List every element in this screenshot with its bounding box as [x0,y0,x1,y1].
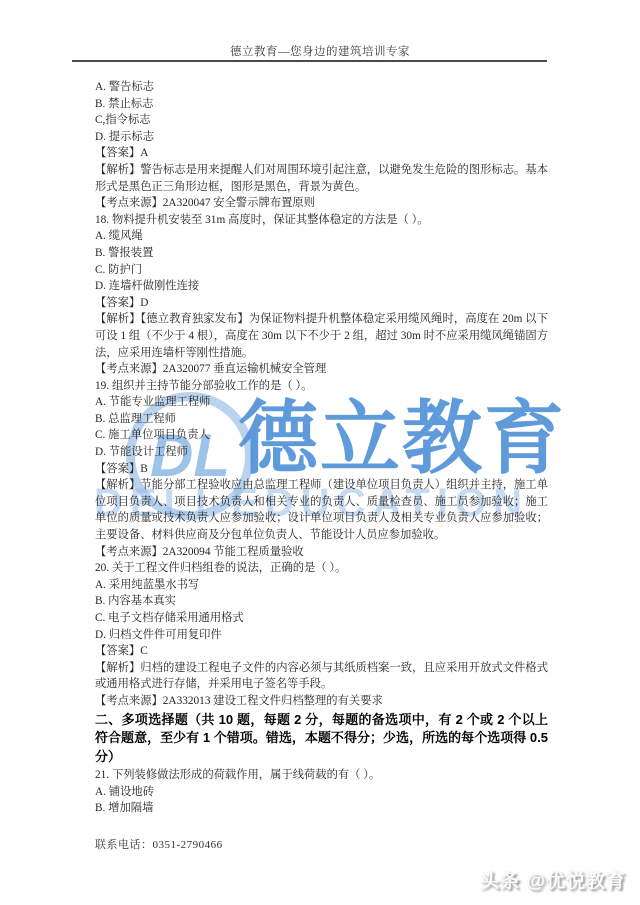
source-line: 【考点来源】2A320077 垂直运输机械安全管理 [95,361,548,378]
document-body: A. 警告标志B. 禁止标志C,指令标志D. 提示标志【答案】A【解析】警告标志… [95,79,548,817]
analysis-line: 【解析】归档的建设工程电子文件的内容必须与其纸质档案一致，且应采用开放式文件格式… [95,660,548,693]
analysis-line: 【解析】警告标志是用来提醒人们对周围环境引起注意，以避免发生危险的图形标志。基本… [95,162,548,195]
option-line: C,指令标志 [95,112,548,129]
section-heading: 二、多项选择题（共 10 题，每题 2 分，每题的备选项中，有 2 个或 2 个… [95,711,548,767]
question-line: 19. 组织并主持节能分部验收工作的是（ ）。 [95,378,548,395]
analysis-line: 【解析】【德立教育独家发布】为保证物料提升机整体稳定采用缆风绳时，高度在 20m… [95,311,548,361]
option-line: A. 采用纯蓝墨水书写 [95,577,548,594]
option-line: B. 禁止标志 [95,96,548,113]
document-page: 德立教育—您身边的建筑培训专家 DL 德立教育 DELI EDUCATION A… [0,0,640,905]
source-line: 【考点来源】2A332013 建设工程文件归档整理的有关要求 [95,693,548,710]
option-line: B. 增加隔墙 [95,800,548,817]
answer-line: 【答案】C [95,643,548,660]
option-line: D. 归档文件件可用复印件 [95,627,548,644]
question-line: 18. 物料提升机安装至 31m 高度时，保证其整体稳定的方法是（ ）。 [95,212,548,229]
option-line: A. 节能专业监理工程师 [95,394,548,411]
option-line: B. 总监理工程师 [95,411,548,428]
option-line: A. 缆风绳 [95,228,548,245]
header-title: 德立教育—您身边的建筑培训专家 [0,43,640,59]
option-line: D. 节能设计工程师 [95,444,548,461]
option-line: B. 内容基本真实 [95,593,548,610]
option-line: A. 警告标志 [95,79,548,96]
footer-phone: 联系电话：0351-2790466 [95,836,223,852]
answer-line: 【答案】A [95,145,548,162]
answer-line: 【答案】D [95,295,548,312]
analysis-line: 【解析】节能分部工程验收应由总监理工程师（建设单位项目负责人）组织并主持，施工单… [95,477,548,543]
source-line: 【考点来源】2A320047 安全警示牌布置原则 [95,195,548,212]
option-line: D. 提示标志 [95,129,548,146]
option-line: C. 施工单位项目负责人 [95,427,548,444]
question-line: 20. 关于工程文件归档组卷的说法，正确的是（ ）。 [95,560,548,577]
option-line: A. 铺设地砖 [95,784,548,801]
option-line: C. 电子文档存储采用通用格式 [95,610,548,627]
option-line: C. 防护门 [95,262,548,279]
source-line: 【考点来源】2A320094 节能工程质量验收 [95,544,548,561]
header-divider [72,60,547,62]
option-line: D. 连墙杆做刚性连接 [95,278,548,295]
answer-line: 【答案】B [95,461,548,478]
option-line: B. 警报装置 [95,245,548,262]
toutiao-watermark: 头条 @优悦教育 [480,866,626,893]
question-line: 21. 下列装修做法形成的荷载作用，属于线荷载的有（ ）。 [95,767,548,784]
